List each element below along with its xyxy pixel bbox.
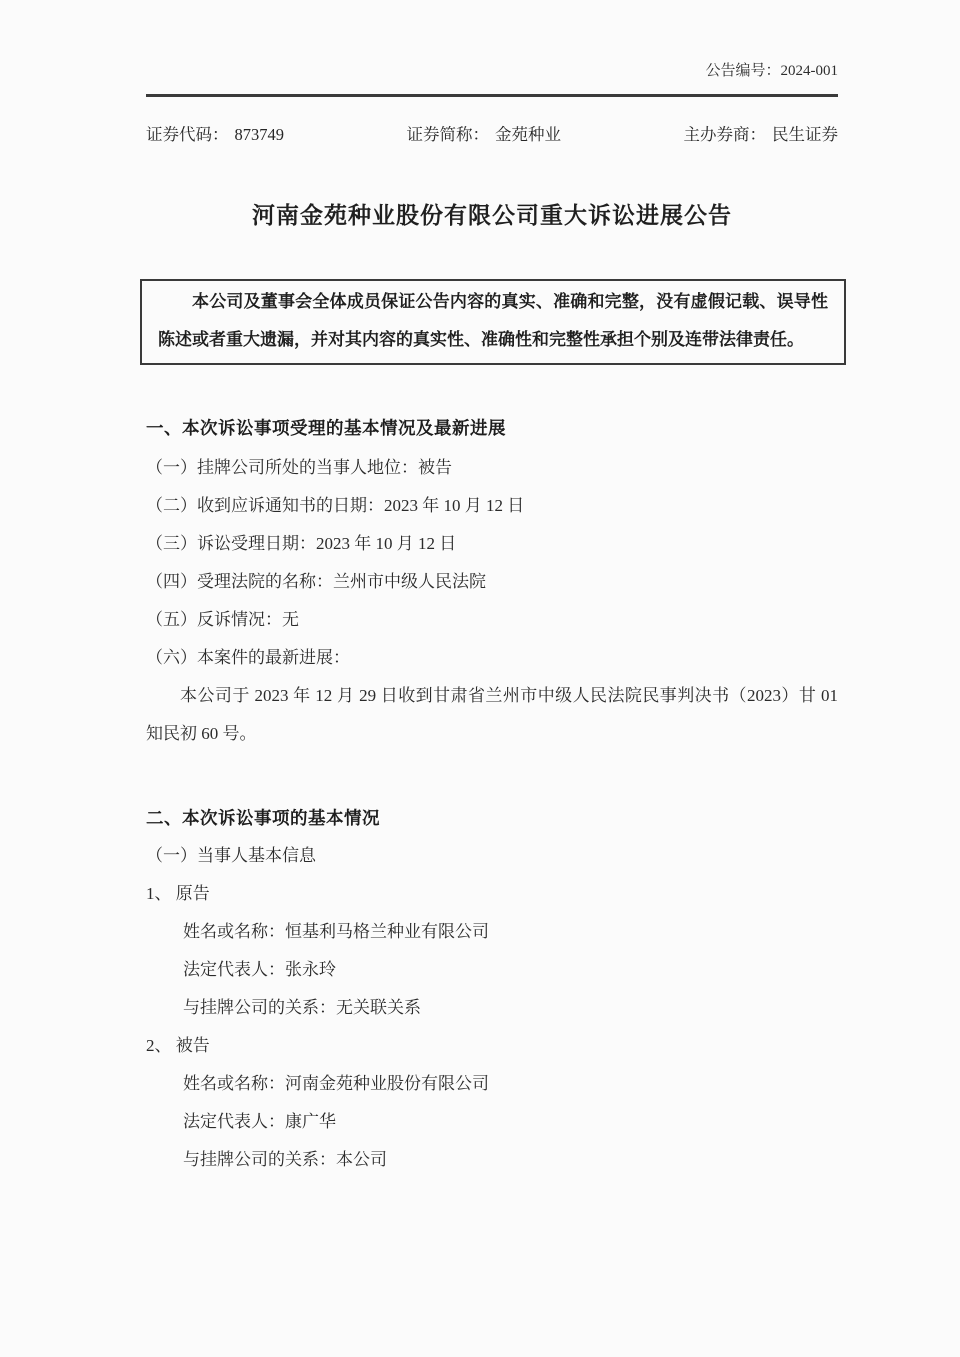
section2-subheading: （一）当事人基本信息 (146, 837, 838, 875)
plaintiff-heading: 1、 原告 (146, 875, 838, 913)
stock-code-label: 证券代码： (146, 123, 229, 147)
disclaimer-box: 本公司及董事会全体成员保证公告内容的真实、准确和完整，没有虚假记载、误导性陈述或… (140, 279, 846, 365)
defendant-relationship: 与挂牌公司的关系：本公司 (146, 1141, 838, 1179)
announcement-page: 公告编号：2024-001 证券代码： 873749 证券简称： 金苑种业 主办… (0, 0, 960, 1357)
plaintiff-relationship: 与挂牌公司的关系：无关联关系 (146, 989, 838, 1027)
section1-item-1: （一）挂牌公司所处的当事人地位：被告 (146, 449, 838, 487)
section1-heading: 一、本次诉讼事项受理的基本情况及最新进展 (146, 415, 838, 441)
sponsor-label: 主办券商： (684, 123, 767, 147)
section1-item-2: （二）收到应诉通知书的日期：2023 年 10 月 12 日 (146, 487, 838, 525)
section2-heading: 二、本次诉讼事项的基本情况 (146, 799, 838, 837)
announcement-number: 公告编号：2024-001 (146, 60, 838, 82)
defendant-name: 姓名或名称：河南金苑种业股份有限公司 (146, 1065, 838, 1103)
stock-name-value: 金苑种业 (495, 123, 561, 147)
plaintiff-name: 姓名或名称：恒基利马格兰种业有限公司 (146, 913, 838, 951)
announcement-number-value: 2024-001 (781, 63, 839, 79)
progress-paragraph: 本公司于 2023 年 12 月 29 日收到甘肃省兰州市中级人民法院民事判决书… (146, 677, 838, 753)
page-title: 河南金苑种业股份有限公司重大诉讼进展公告 (146, 199, 838, 233)
stock-code: 证券代码： 873749 (146, 123, 284, 147)
plaintiff-legal-representative: 法定代表人：张永玲 (146, 951, 838, 989)
announcement-number-label: 公告编号： (705, 63, 780, 79)
sponsor: 主办券商： 民生证券 (684, 123, 839, 147)
stock-code-value: 873749 (235, 123, 285, 147)
stock-name-label: 证券简称： (407, 123, 490, 147)
section1-item-3: （三）诉讼受理日期：2023 年 10 月 12 日 (146, 525, 838, 563)
section1-item-4: （四）受理法院的名称：兰州市中级人民法院 (146, 563, 838, 601)
section1-item-5: （五）反诉情况：无 (146, 601, 838, 639)
defendant-legal-representative: 法定代表人：康广华 (146, 1103, 838, 1141)
stock-name: 证券简称： 金苑种业 (407, 123, 562, 147)
defendant-heading: 2、 被告 (146, 1027, 838, 1065)
disclaimer-text: 本公司及董事会全体成员保证公告内容的真实、准确和完整，没有虚假记载、误导性陈述或… (158, 283, 828, 359)
sponsor-value: 民生证券 (772, 123, 838, 147)
header-rule (146, 94, 838, 97)
securities-info-row: 证券代码： 873749 证券简称： 金苑种业 主办券商： 民生证券 (146, 123, 838, 147)
section1-item-6: （六）本案件的最新进展： (146, 639, 838, 677)
